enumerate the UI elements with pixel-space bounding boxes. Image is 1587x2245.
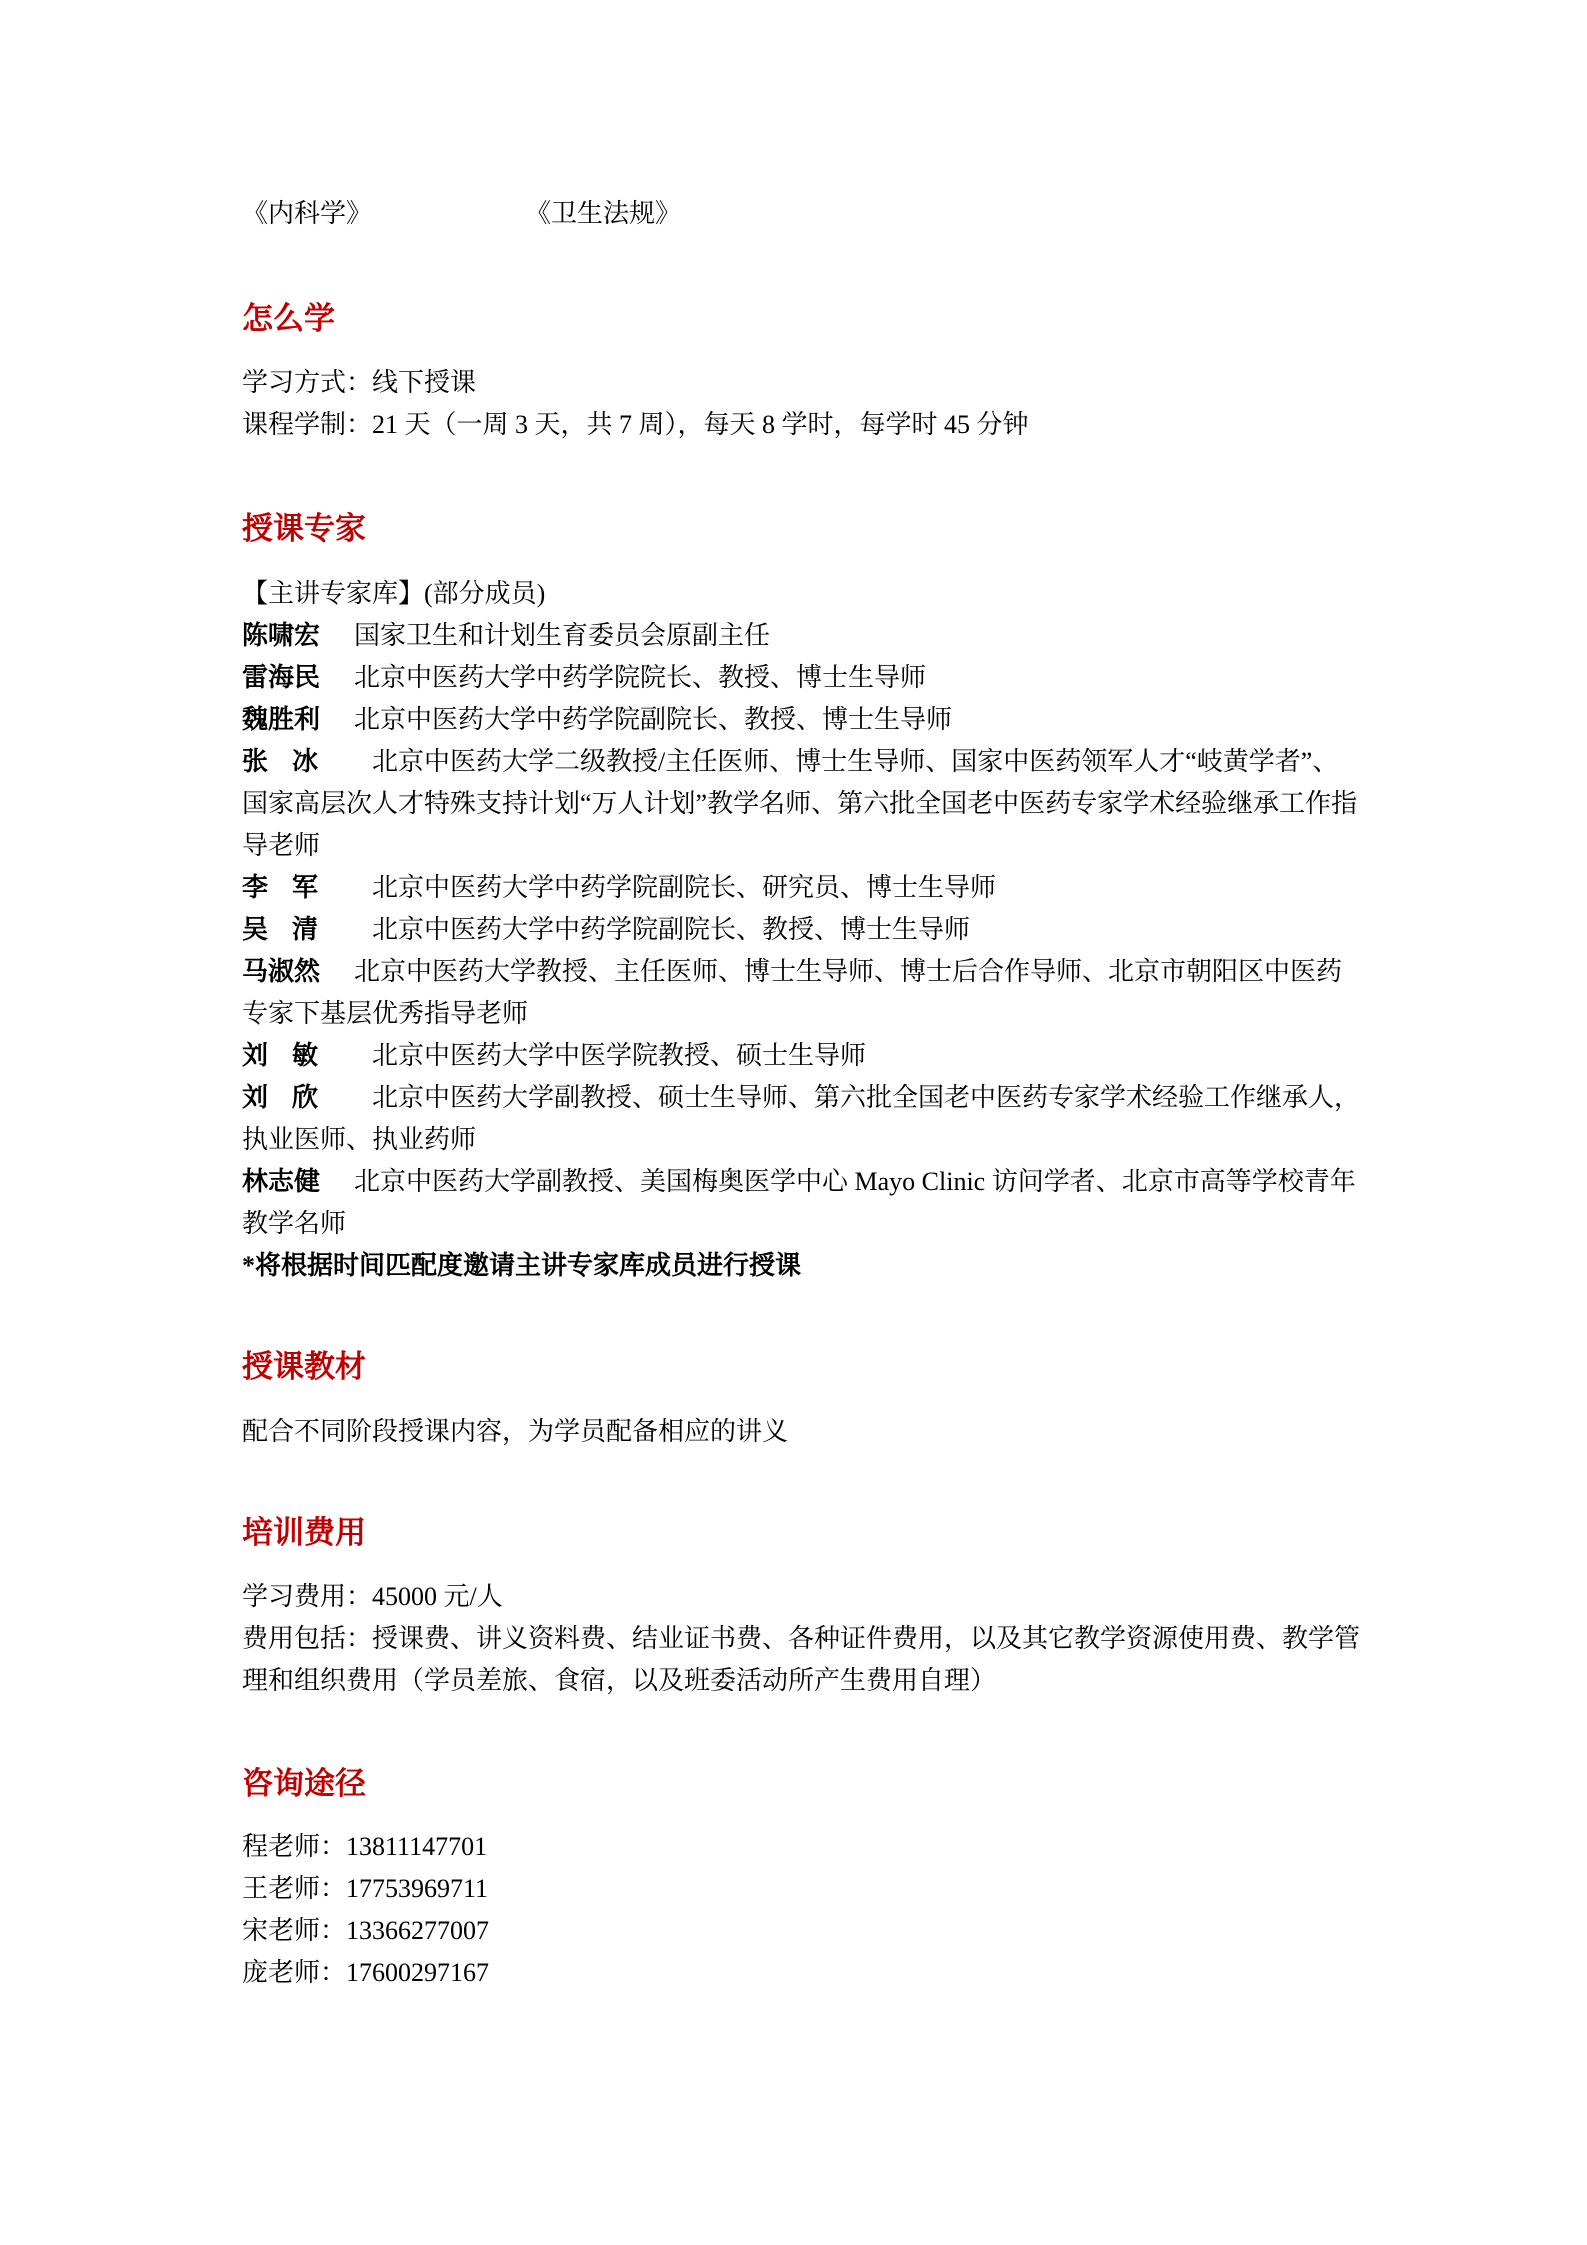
- expert-name: 刘欣: [242, 1077, 342, 1119]
- expert-item: 魏胜利北京中医药大学中药学院副院长、教授、博士生导师: [242, 699, 1362, 741]
- expert-desc: 北京中医药大学二级教授/主任医师、博士生导师、国家中医药领军人才“岐黄学者”、国…: [242, 747, 1357, 860]
- expert-desc: 北京中医药大学副教授、硕士生导师、第六批全国老中医药专家学术经验工作继承人，执业…: [242, 1083, 1360, 1154]
- contact-label: 程老师：: [242, 1832, 346, 1861]
- contact-item: 程老师：13811147701: [242, 1826, 487, 1868]
- section-heading-fees: 培训费用: [242, 1511, 366, 1555]
- contact-phone[interactable]: 17753969711: [346, 1874, 488, 1903]
- expert-item: 林志健北京中医药大学副教授、美国梅奥医学中心 Mayo Clinic 访问学者、…: [242, 1161, 1362, 1245]
- contact-label: 王老师：: [242, 1874, 346, 1903]
- contact-phone[interactable]: 17600297167: [346, 1958, 489, 1987]
- contact-item: 王老师：17753969711: [242, 1868, 488, 1910]
- expert-item: 雷海民北京中医药大学中药学院院长、教授、博士生导师: [242, 657, 1362, 699]
- contact-item: 宋老师：13366277007: [242, 1910, 489, 1952]
- expert-item: 李军北京中医药大学中药学院副院长、研究员、博士生导师: [242, 867, 1362, 909]
- expert-pool-intro: 【主讲专家库】(部分成员): [242, 573, 545, 615]
- learning-method-line: 学习方式：线下授课: [242, 362, 476, 404]
- section-heading-materials: 授课教材: [242, 1345, 366, 1389]
- expert-item: 马淑然北京中医药大学教授、主任医师、博士生导师、博士后合作导师、北京市朝阳区中医…: [242, 951, 1362, 1035]
- expert-item: 张冰北京中医药大学二级教授/主任医师、博士生导师、国家中医药领军人才“岐黄学者”…: [242, 741, 1362, 867]
- expert-desc: 北京中医药大学副教授、美国梅奥医学中心 Mayo Clinic 访问学者、北京市…: [242, 1167, 1356, 1238]
- expert-desc: 北京中医药大学中药学院副院长、教授、博士生导师: [372, 915, 970, 944]
- materials-text: 配合不同阶段授课内容，为学员配备相应的讲义: [242, 1411, 788, 1453]
- expert-item: 陈啸宏国家卫生和计划生育委员会原副主任: [242, 615, 1362, 657]
- contact-phone[interactable]: 13366277007: [346, 1916, 489, 1945]
- expert-name: 吴清: [242, 909, 342, 951]
- section-heading-how-to-learn: 怎么学: [242, 297, 335, 341]
- expert-desc: 国家卫生和计划生育委员会原副主任: [354, 621, 770, 650]
- expert-name: 林志健: [242, 1161, 324, 1203]
- expert-desc: 北京中医药大学中药学院副院长、研究员、博士生导师: [372, 873, 996, 902]
- expert-name: 魏胜利: [242, 699, 324, 741]
- contact-label: 庞老师：: [242, 1958, 346, 1987]
- book-title-health-regulations: 《卫生法规》: [525, 193, 681, 235]
- expert-name: 雷海民: [242, 657, 324, 699]
- expert-name: 李军: [242, 867, 342, 909]
- expert-name: 张冰: [242, 741, 342, 783]
- section-heading-experts: 授课专家: [242, 507, 366, 551]
- tuition-fee-line: 学习费用：45000 元/人: [242, 1576, 503, 1618]
- expert-desc: 北京中医药大学教授、主任医师、博士生导师、博士后合作导师、北京市朝阳区中医药专家…: [242, 957, 1342, 1028]
- expert-name: 刘敏: [242, 1035, 342, 1077]
- book-title-internal-medicine: 《内科学》: [242, 193, 372, 235]
- expert-desc: 北京中医药大学中药学院院长、教授、博士生导师: [354, 663, 926, 692]
- fee-includes-text: 费用包括：授课费、讲义资料费、结业证书费、各种证件费用，以及其它教学资源使用费、…: [242, 1618, 1362, 1702]
- expert-desc: 北京中医药大学中医学院教授、硕士生导师: [372, 1041, 866, 1070]
- contact-item: 庞老师：17600297167: [242, 1952, 489, 1994]
- expert-name: 马淑然: [242, 951, 324, 993]
- expert-item: 吴清北京中医药大学中药学院副院长、教授、博士生导师: [242, 909, 1362, 951]
- expert-name: 陈啸宏: [242, 615, 324, 657]
- expert-item: 刘欣北京中医药大学副教授、硕士生导师、第六批全国老中医药专家学术经验工作继承人，…: [242, 1077, 1362, 1161]
- contact-label: 宋老师：: [242, 1916, 346, 1945]
- contact-phone[interactable]: 13811147701: [346, 1832, 487, 1861]
- expert-invitation-note: *将根据时间匹配度邀请主讲专家库成员进行授课: [242, 1245, 801, 1287]
- course-schedule-line: 课程学制：21 天（一周 3 天，共 7 周），每天 8 学时，每学时 45 分…: [242, 404, 1029, 446]
- expert-item: 刘敏北京中医药大学中医学院教授、硕士生导师: [242, 1035, 1362, 1077]
- section-heading-contact: 咨询途径: [242, 1762, 366, 1806]
- expert-desc: 北京中医药大学中药学院副院长、教授、博士生导师: [354, 705, 952, 734]
